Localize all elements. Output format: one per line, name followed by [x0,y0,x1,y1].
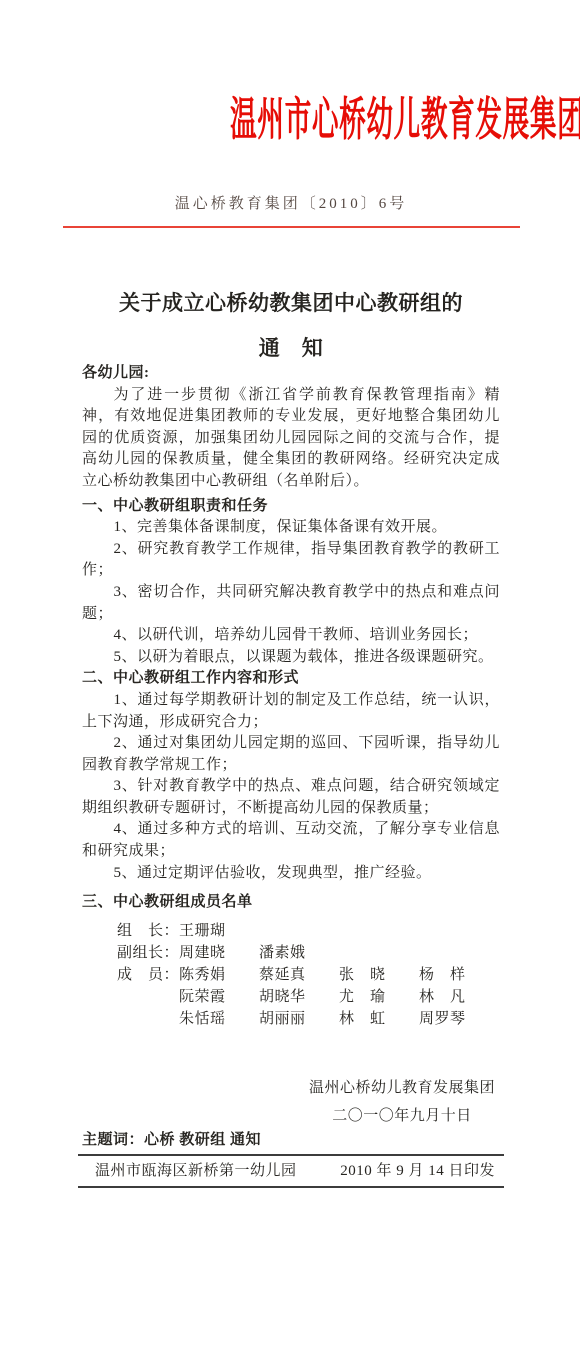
document-number: 温心桥教育集团〔2010〕6号 [82,195,500,213]
member-role-label: 副组长： [117,942,179,964]
member-name: 林 凡 [419,986,499,1008]
member-name: 陈秀娟 [179,964,259,986]
section-2-item-4: 4、通过多种方式的培训、互动交流，了解分享专业信息和研究成果； [82,819,500,862]
member-name: 阮荣霞 [179,986,259,1008]
subject-label: 主题词： [82,1132,144,1148]
member-name: 杨 样 [419,964,499,986]
letterhead: 温州市心桥幼儿教育发展集团文件 [82,94,500,157]
signature-date: 二〇一〇年九月十日 [309,1103,495,1130]
member-name: 尤 瑜 [339,986,419,1008]
salutation: 各幼儿园: [82,363,500,385]
footer-issuer: 温州市瓯海区新桥第一幼儿园 [95,1161,297,1181]
member-row-members-3: 朱恬瑶 胡丽丽 林 虹 周罗琴 [117,1008,500,1030]
member-name: 蔡延真 [259,964,339,986]
member-row-members-1: 成 员： 陈秀娟 蔡延真 张 晓 杨 样 [117,964,500,986]
section-1-item-2: 2、研究教育教学工作规律，指导集团教育教学的教研工作； [82,539,500,582]
footer-imprint-row: 温州市瓯海区新桥第一幼儿园 2010 年 9 月 14 日印发 [82,1156,500,1181]
section-3-heading: 三、中心教研组成员名单 [82,892,500,914]
footer-print-date: 2010 年 9 月 14 日印发 [340,1161,495,1181]
intro-paragraph: 为了进一步贯彻《浙江省学前教育保教管理指南》精神，有效地促进集团教师的专业发展，… [82,385,500,493]
section-2-item-1: 1、通过每学期教研计划的制定及工作总结，统一认识，上下沟通，形成研究合力； [82,690,500,733]
section-2-item-3: 3、针对教育教学中的热点、难点问题，结合研究领域定期组织教研专题研讨，不断提高幼… [82,776,500,819]
notice-body: 各幼儿园: 为了进一步贯彻《浙江省学前教育保教管理指南》精神，有效地促进集团教师… [82,363,500,1188]
member-name: 林 虹 [339,1008,419,1030]
member-name: 周罗琴 [419,1008,499,1030]
member-row-leader: 组 长： 王珊瑚 [117,920,500,942]
section-2-item-5: 5、通过定期评估验收，发现典型，推广经验。 [82,863,500,885]
section-1-item-5: 5、以研为着眼点，以课题为载体，推进各级课题研究。 [82,647,500,669]
member-list: 组 长： 王珊瑚 副组长： 周建晓 潘素娥 成 员： 陈秀娟 蔡延真 张 晓 杨… [82,920,500,1030]
section-2-heading: 二、中心教研组工作内容和形式 [82,668,500,690]
section-1-item-1: 1、完善集体备课制度，保证集体备课有效开展。 [82,517,500,539]
subject-keywords: 心桥 教研组 通知 [144,1132,261,1148]
member-role-label: 成 员： [117,964,179,986]
member-name: 周建晓 [179,942,259,964]
document-page: 温州市心桥幼儿教育发展集团文件 温心桥教育集团〔2010〕6号 关于成立心桥幼教… [0,0,580,1352]
member-role-label: 组 长： [117,920,179,942]
section-2-item-2: 2、通过对集团幼儿园定期的巡回、下园听课，指导幼儿园教育教学常规工作； [82,733,500,776]
section-1-item-4: 4、以研代训，培养幼儿园骨干教师、培训业务园长； [82,625,500,647]
section-1-item-3: 3、密切合作，共同研究解决教育教学中的热点和难点问题； [82,582,500,625]
signature-org: 温州心桥幼儿教育发展集团 [309,1076,495,1100]
member-row-members-2: 阮荣霞 胡晓华 尤 瑜 林 凡 [117,986,500,1008]
member-name: 张 晓 [339,964,419,986]
signature-block: 温州心桥幼儿教育发展集团 二〇一〇年九月十日 [82,1076,500,1130]
letterhead-org-title: 温州市心桥幼儿教育发展集团文件 [230,94,580,146]
member-role-label [117,986,179,1008]
member-name: 胡丽丽 [259,1008,339,1030]
member-name: 胡晓华 [259,986,339,1008]
notice-title-line2: 通 知 [82,333,500,363]
member-name: 王珊瑚 [179,920,259,942]
red-divider-line [63,226,520,228]
footer-divider-bottom [78,1186,504,1188]
member-name: 朱恬瑶 [179,1008,259,1030]
section-1-heading: 一、中心教研组职责和任务 [82,496,500,518]
subject-line: 主题词：心桥 教研组 通知 [82,1130,500,1151]
member-row-deputy: 副组长： 周建晓 潘素娥 [117,942,500,964]
member-name: 潘素娥 [259,942,339,964]
notice-title-line1: 关于成立心桥幼教集团中心教研组的 [82,288,500,318]
member-role-label [117,1008,179,1030]
